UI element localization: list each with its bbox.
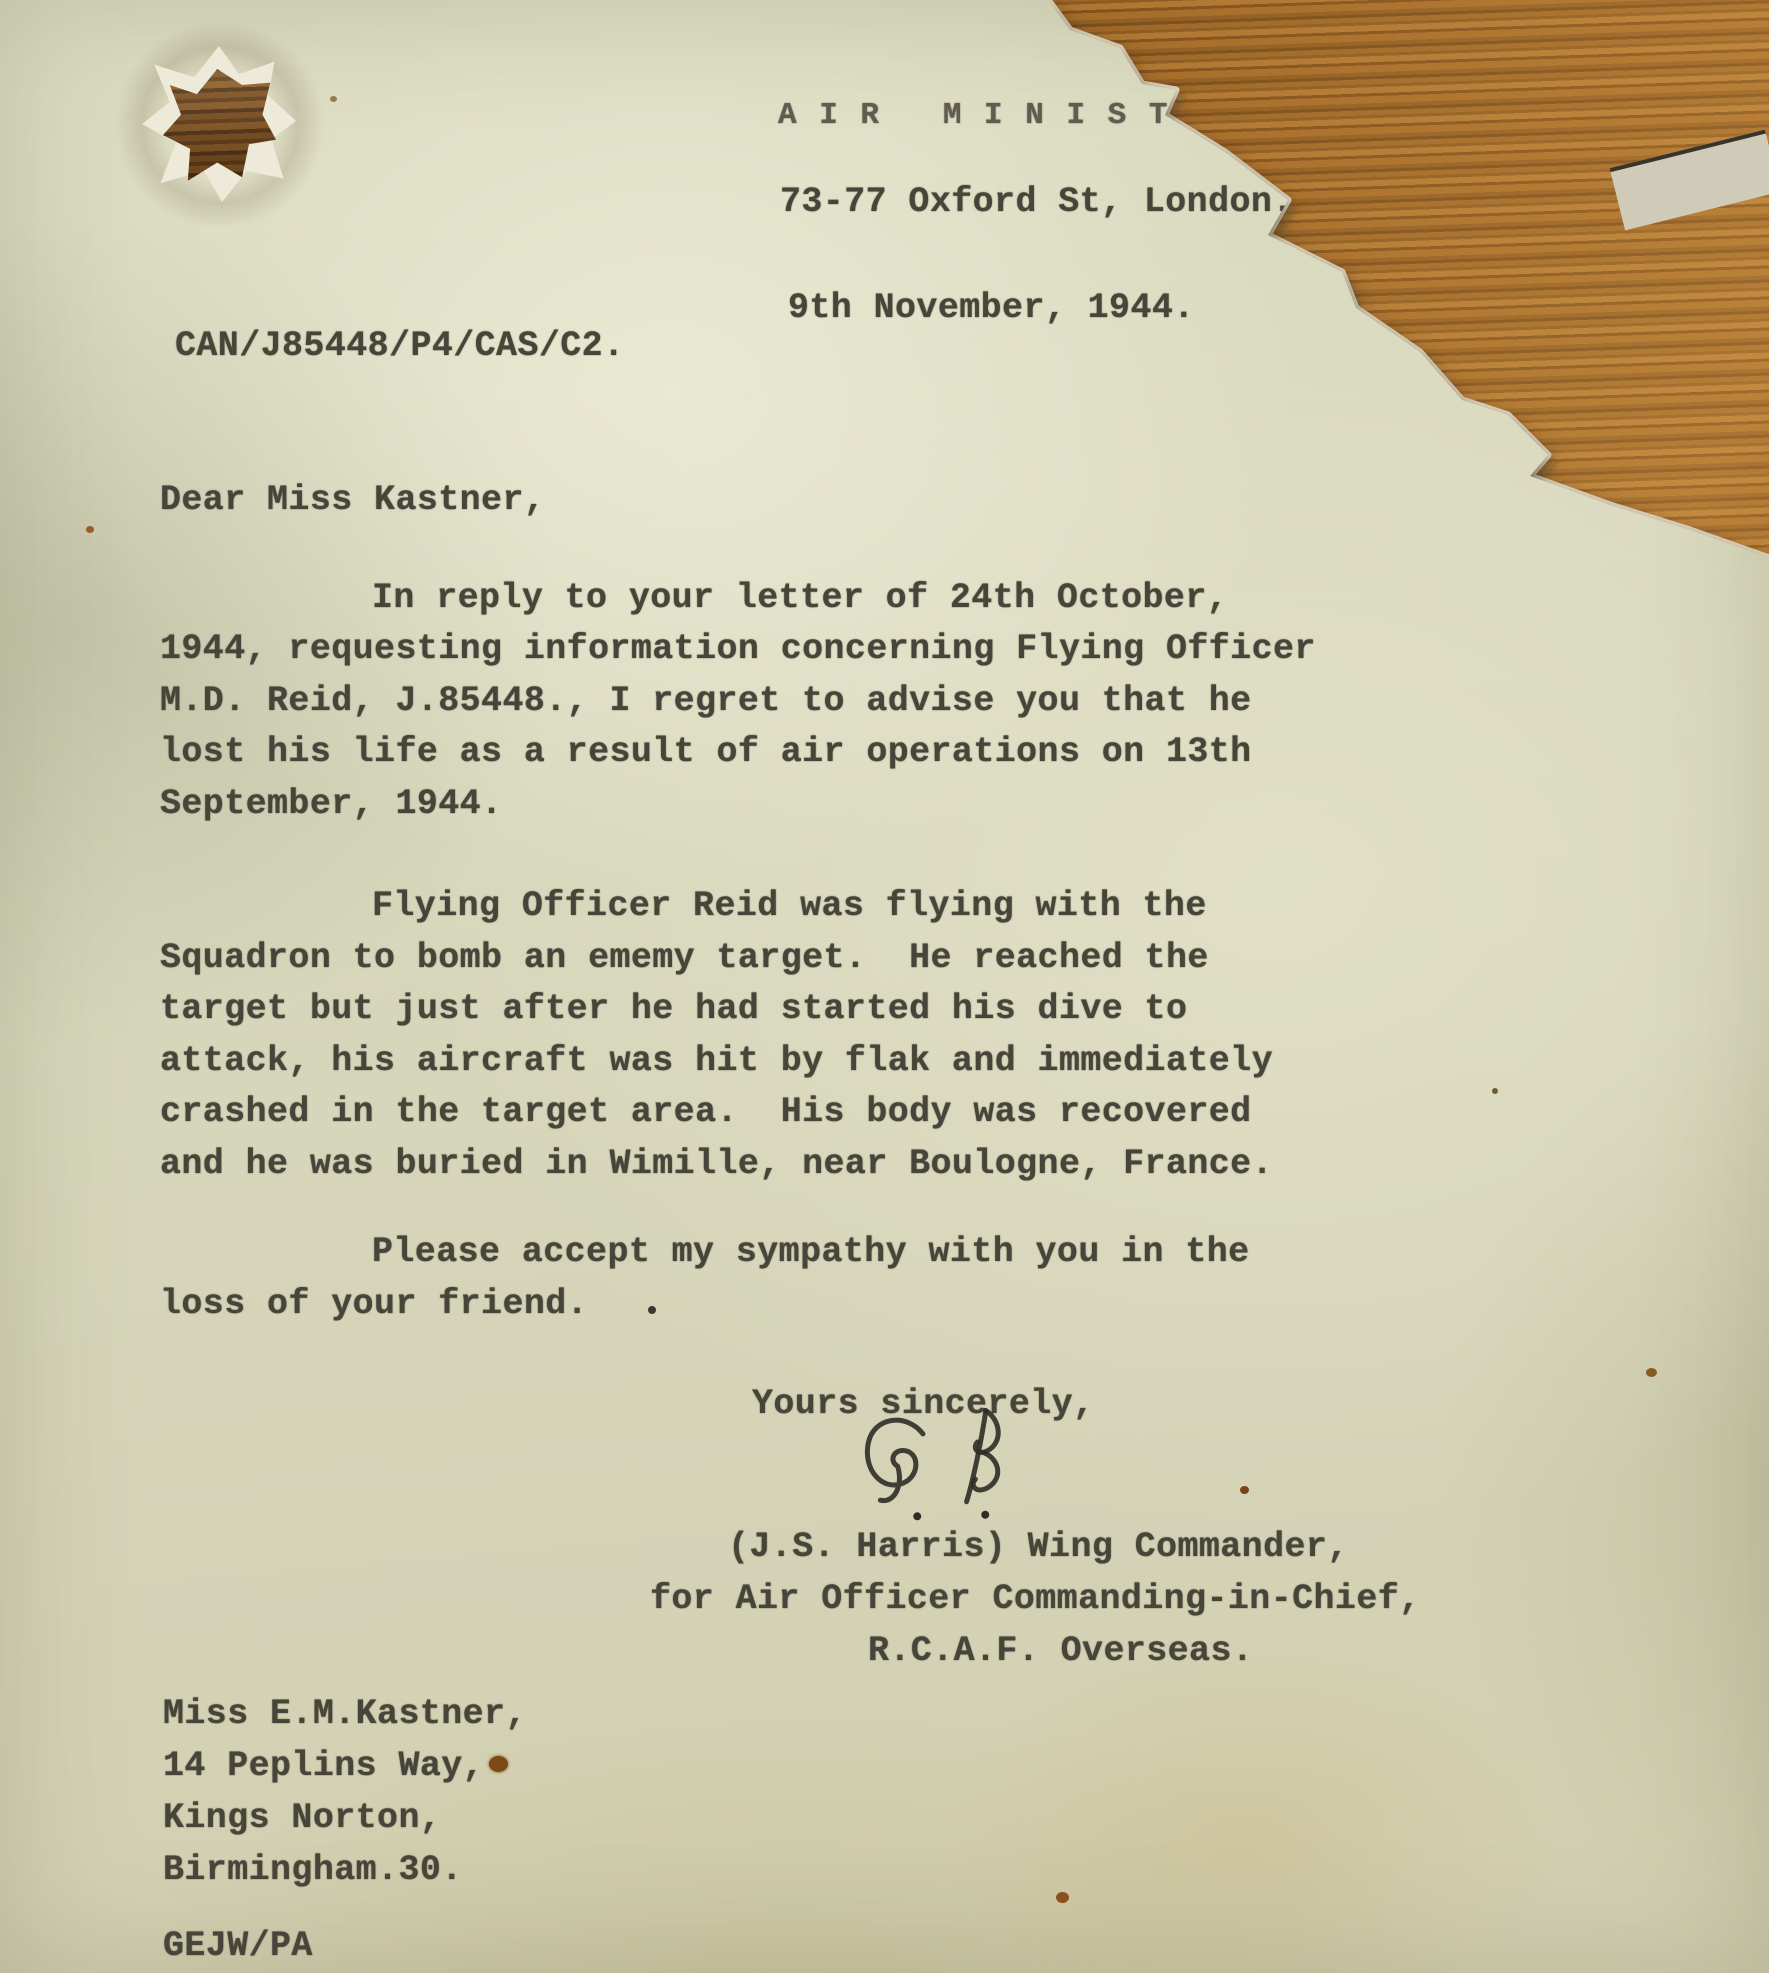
stain-speck xyxy=(1240,1486,1249,1494)
recipient-city: Birmingham.30. xyxy=(163,1850,463,1890)
stain-speck xyxy=(1492,1088,1498,1094)
para1-line: September, 1944. xyxy=(160,784,502,824)
para1-line: lost his life as a result of air operati… xyxy=(160,732,1252,772)
stain-speck xyxy=(648,1306,656,1314)
para1-line: 1944, requesting information concerning … xyxy=(160,629,1316,669)
letter-paper: A I R M I N I S T R Y 73-77 Oxford St, L… xyxy=(0,0,1769,1973)
para2-line: Flying Officer Reid was flying with the xyxy=(372,886,1207,926)
stain-speck xyxy=(86,526,94,533)
recipient-name: Miss E.M.Kastner, xyxy=(163,1694,527,1734)
para2-line: and he was buried in Wimille, near Boulo… xyxy=(160,1144,1273,1184)
stain-speck xyxy=(489,1756,508,1772)
typist-reference: GEJW/PA xyxy=(163,1926,313,1966)
signoff-name: (J.S. Harris) Wing Commander, xyxy=(728,1527,1349,1567)
letterhead-address: 73-77 Oxford St, London. W.1. xyxy=(780,182,1401,222)
para1-line: M.D. Reid, J.85448., I regret to advise … xyxy=(160,681,1252,721)
signoff-org: R.C.A.F. Overseas. xyxy=(868,1631,1253,1671)
stain-speck xyxy=(330,96,337,102)
para3-line: Please accept my sympathy with you in th… xyxy=(372,1232,1250,1272)
stain-speck xyxy=(1646,1368,1657,1377)
stain-speck xyxy=(1056,1892,1069,1903)
file-reference: CAN/J85448/P4/CAS/C2. xyxy=(175,326,624,366)
para3-line: loss of your friend. xyxy=(160,1284,588,1324)
photo-of-letter: A I R M I N I S T R Y 73-77 Oxford St, L… xyxy=(0,0,1769,1973)
signoff-title: for Air Officer Commanding-in-Chief, xyxy=(650,1579,1421,1619)
para2-line: attack, his aircraft was hit by flak and… xyxy=(160,1041,1273,1081)
salutation: Dear Miss Kastner, xyxy=(160,480,545,520)
letterhead-title: A I R M I N I S T R Y xyxy=(778,98,1252,133)
para2-line: Squadron to bomb an ememy target. He rea… xyxy=(160,938,1209,978)
recipient-street: 14 Peplins Way, xyxy=(163,1746,484,1786)
para1-line: In reply to your letter of 24th October, xyxy=(372,578,1228,618)
para2-line: target but just after he had started his… xyxy=(160,989,1187,1029)
para2-line: crashed in the target area. His body was… xyxy=(160,1092,1252,1132)
letter-paper-wrap: A I R M I N I S T R Y 73-77 Oxford St, L… xyxy=(0,0,1769,1973)
letter-date: 9th November, 1944. xyxy=(788,288,1195,328)
recipient-town: Kings Norton, xyxy=(163,1798,441,1838)
